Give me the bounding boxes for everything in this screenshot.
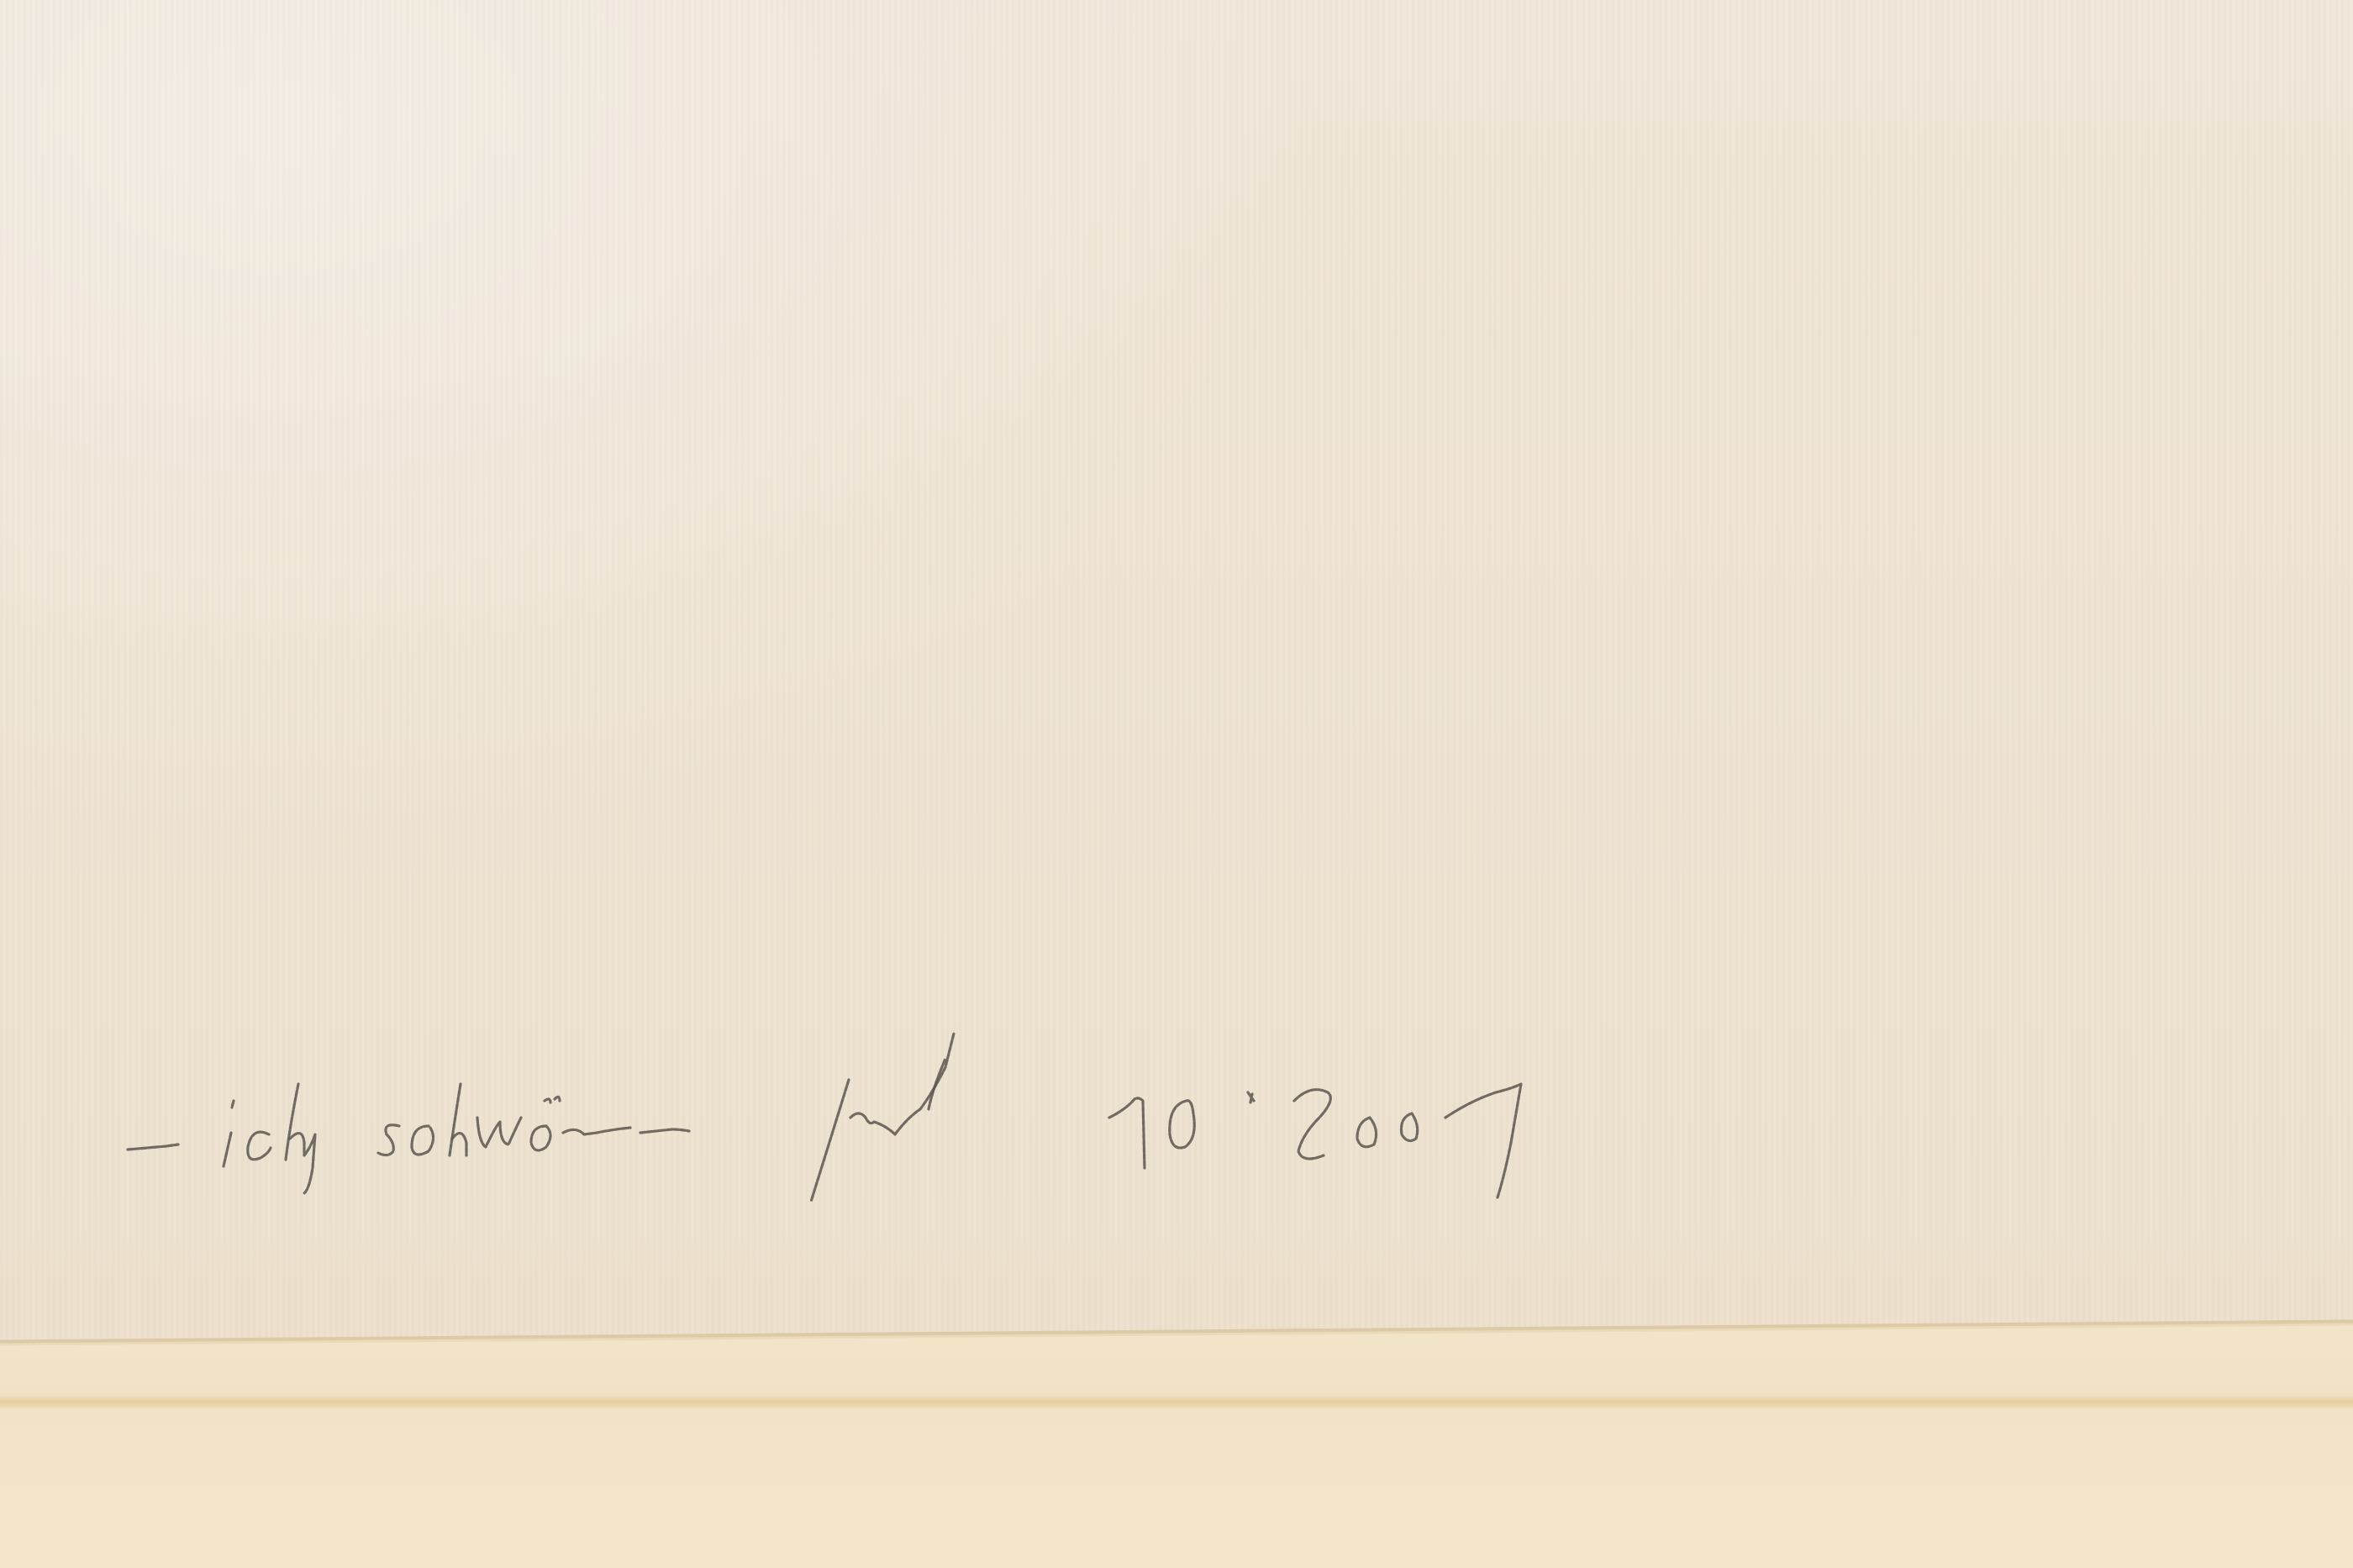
mat-lower [0,1410,2353,1568]
mat-bevel-shadow [0,1395,2353,1410]
signature [811,1034,954,1202]
photograph: – ich schwöre – 10.2001 [0,0,2353,1568]
word-ich [224,1084,315,1193]
trailing-dash [640,1129,689,1133]
pencil-inscription: – ich schwöre – 10.2001 [126,1000,2210,1202]
leading-dash [128,1144,178,1150]
word-schwoere [378,1084,630,1155]
date-10-2001 [1109,1084,1521,1197]
paper-edge-line [0,1311,2353,1361]
